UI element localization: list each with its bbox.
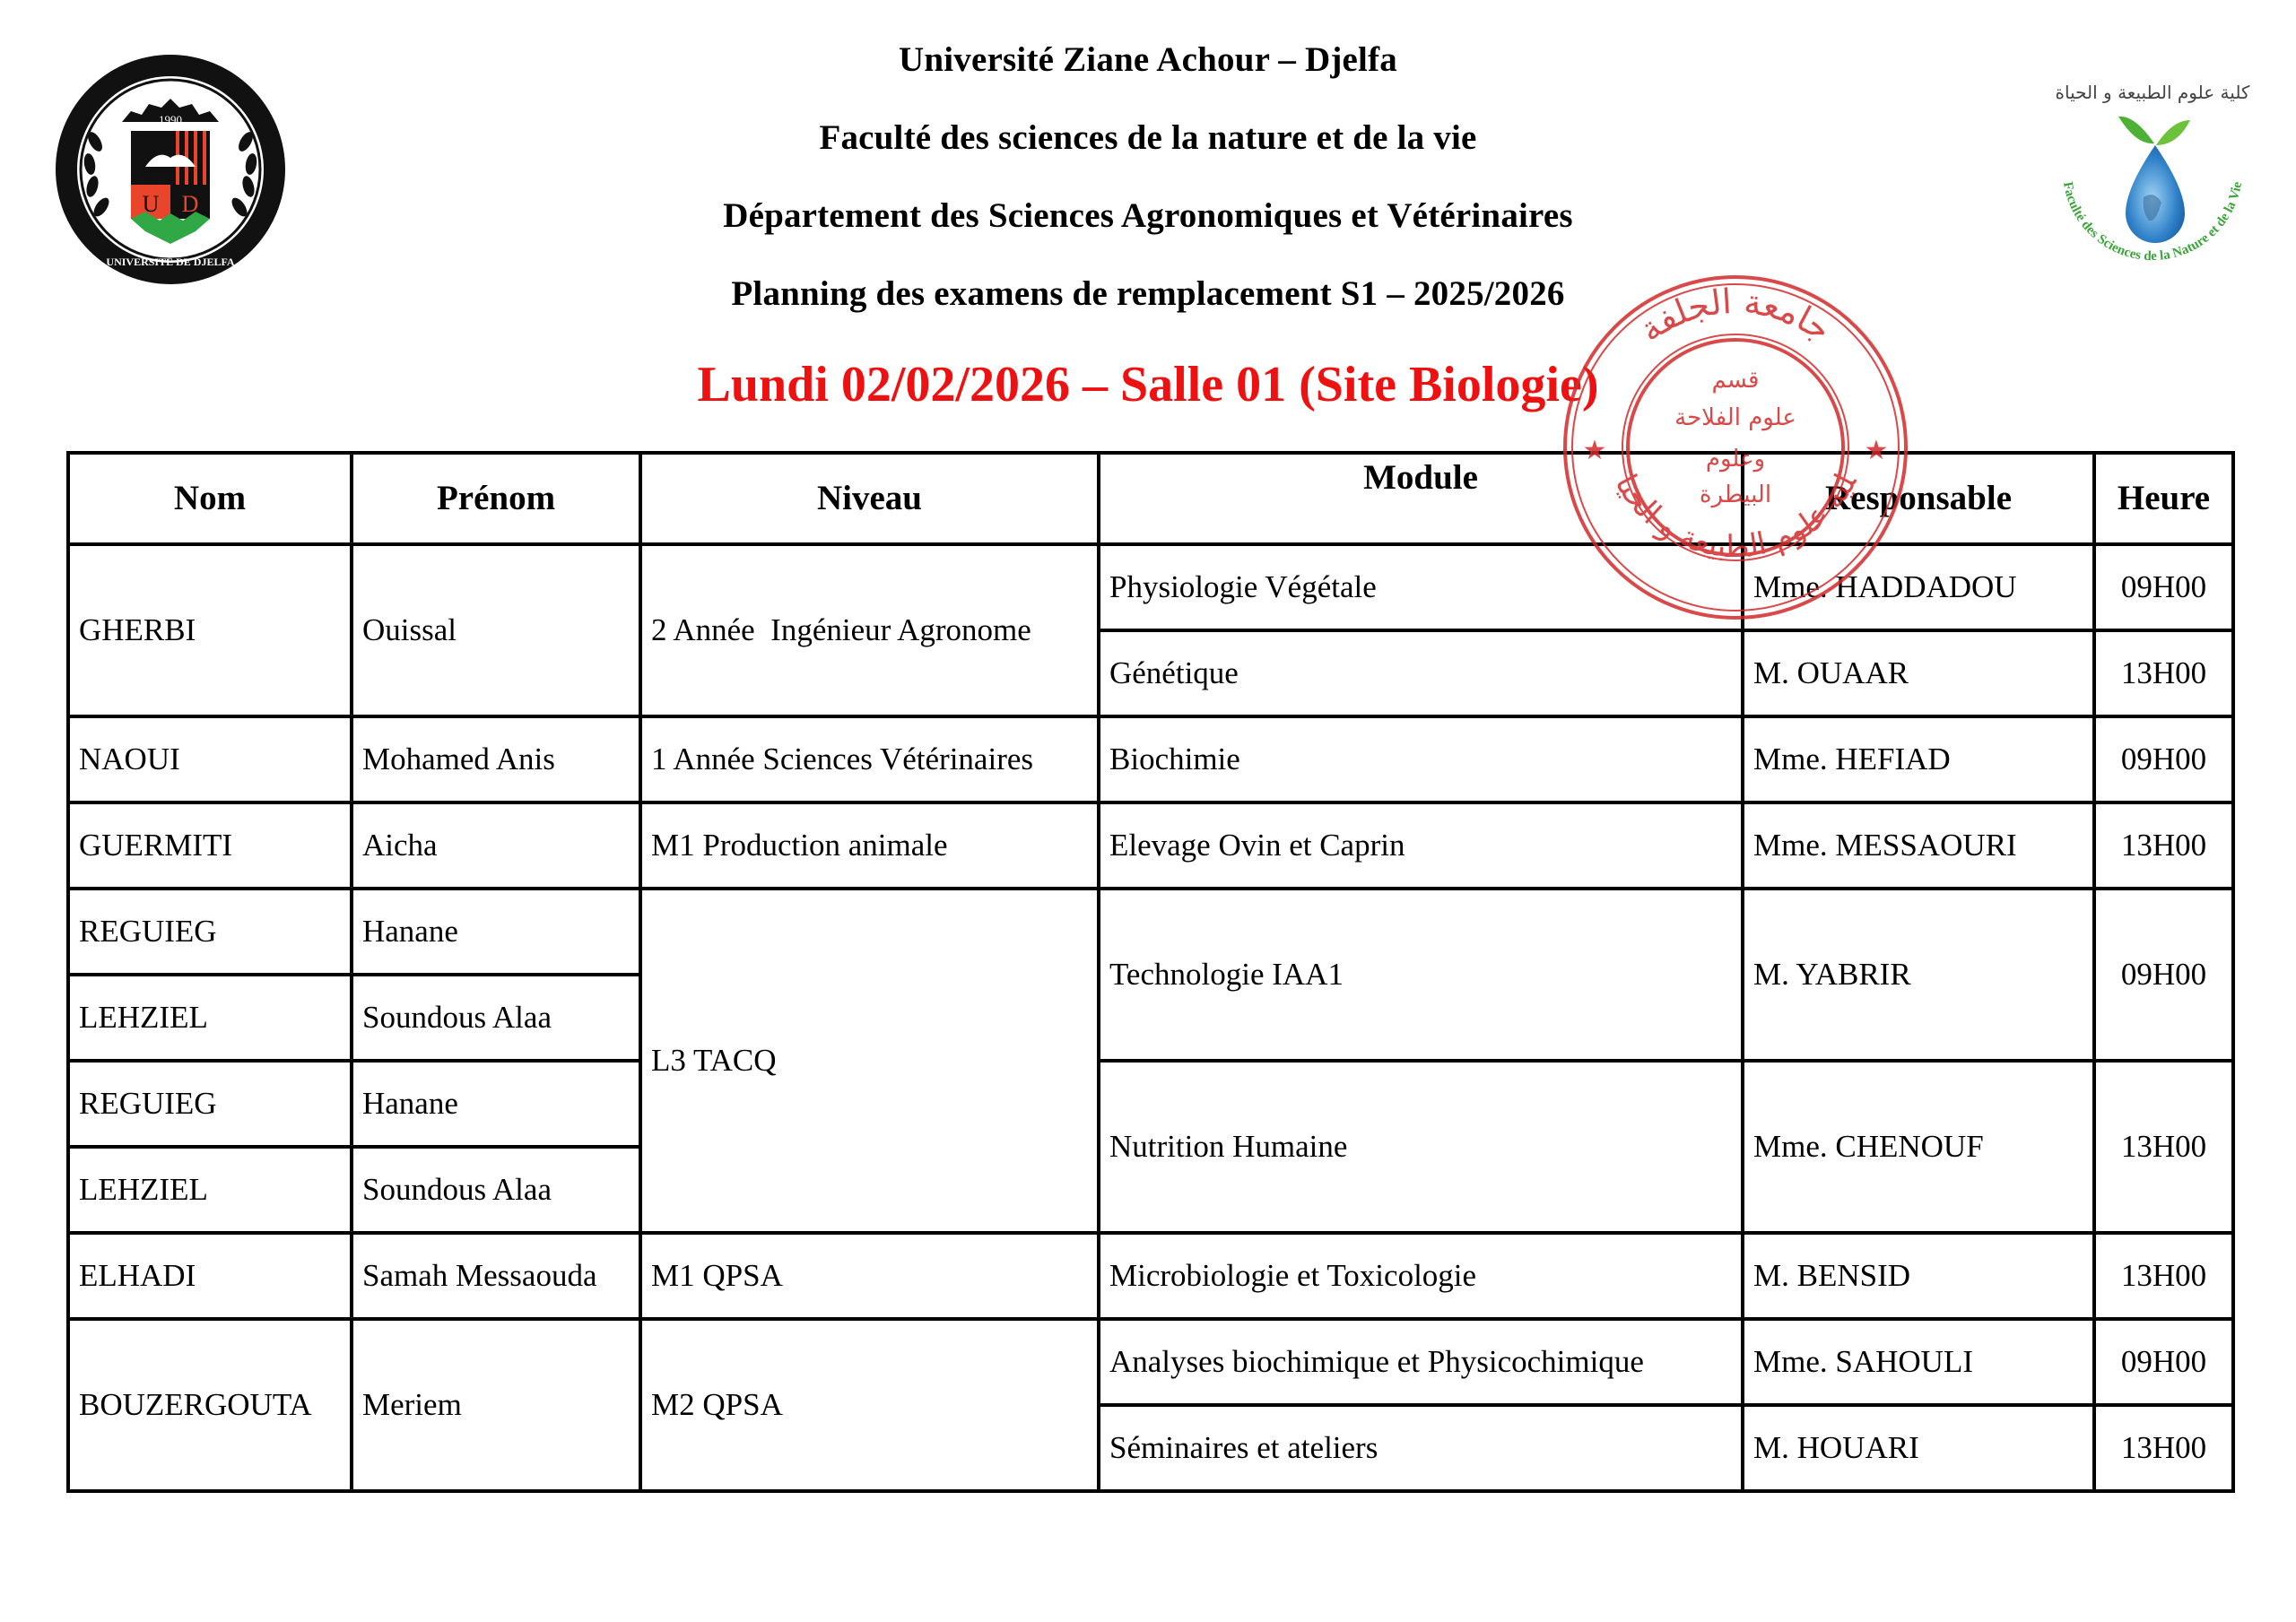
cell-responsable: Mme. CHENOUF (1743, 1061, 2094, 1233)
column-header-heure: Heure (2094, 453, 2233, 544)
table-row: GHERBI Ouissal 2 Année Ingénieur Agronom… (68, 544, 2233, 630)
cell-module: Biochimie (1099, 716, 1743, 802)
cell-nom: NAOUI (68, 716, 352, 802)
table-row: BOUZERGOUTA Meriem M2 QPSA Analyses bioc… (68, 1319, 2233, 1405)
document-title: Planning des examens de remplacement S1 … (0, 273, 2296, 315)
cell-nom: GUERMITI (68, 802, 352, 889)
cell-prenom: Aicha (352, 802, 640, 889)
cell-prenom: Soundous Alaa (352, 1147, 640, 1233)
table-row: GUERMITI Aicha M1 Production animale Ele… (68, 802, 2233, 889)
cell-heure: 09H00 (2094, 1319, 2233, 1405)
cell-responsable: Mme. SAHOULI (1743, 1319, 2094, 1405)
cell-responsable: M. HOUARI (1743, 1405, 2094, 1491)
faculty-water-drop-leaf-icon: كلية علوم الطبيعة و الحياة Faculté des S… (2036, 63, 2269, 287)
cell-nom: LEHZIEL (68, 1147, 352, 1233)
cell-heure: 13H00 (2094, 1233, 2233, 1319)
table-row: NAOUI Mohamed Anis 1 Année Sciences Vété… (68, 716, 2233, 802)
cell-prenom: Soundous Alaa (352, 975, 640, 1061)
cell-responsable: Mme. HEFIAD (1743, 716, 2094, 802)
cell-responsable: M. OUAAR (1743, 630, 2094, 716)
cell-heure: 09H00 (2094, 544, 2233, 630)
cell-responsable: M. YABRIR (1743, 889, 2094, 1061)
table-row: REGUIEG Hanane L3 TACQ Technologie IAA1 … (68, 889, 2233, 975)
cell-heure: 13H00 (2094, 1405, 2233, 1491)
cell-niveau: 1 Année Sciences Vétérinaires (640, 716, 1099, 802)
cell-heure: 09H00 (2094, 889, 2233, 1061)
cell-module: Elevage Ovin et Caprin (1099, 802, 1743, 889)
cell-niveau: M2 QPSA (640, 1319, 1099, 1491)
column-header-module: Module (1099, 453, 1743, 544)
column-header-prenom: Prénom (352, 453, 640, 544)
cell-responsable: Mme. MESSAOURI (1743, 802, 2094, 889)
cell-nom: BOUZERGOUTA (68, 1319, 352, 1491)
faculty-name: Faculté des sciences de la nature et de … (0, 117, 2296, 159)
university-djelfa-seal-icon: 1990 U D UNIVERSITÉ DE DJELFA (52, 52, 289, 287)
cell-heure: 09H00 (2094, 716, 2233, 802)
cell-nom: LEHZIEL (68, 975, 352, 1061)
cell-nom: ELHADI (68, 1233, 352, 1319)
cell-nom: REGUIEG (68, 1061, 352, 1147)
university-name: Université Ziane Achour – Djelfa (0, 39, 2296, 81)
cell-niveau: L3 TACQ (640, 889, 1099, 1233)
cell-prenom: Samah Messaouda (352, 1233, 640, 1319)
cell-niveau: 2 Année Ingénieur Agronome (640, 544, 1099, 716)
cell-responsable: Mme. HADDADOU (1743, 544, 2094, 630)
cell-prenom: Meriem (352, 1319, 640, 1491)
cell-module: Génétique (1099, 630, 1743, 716)
table-row: ELHADI Samah Messaouda M1 QPSA Microbiol… (68, 1233, 2233, 1319)
table-header-row: Nom Prénom Niveau Module Responsable Heu… (68, 453, 2233, 544)
cell-nom: REGUIEG (68, 889, 352, 975)
column-header-niveau: Niveau (640, 453, 1099, 544)
cell-prenom: Hanane (352, 889, 640, 975)
cell-responsable: M. BENSID (1743, 1233, 2094, 1319)
cell-heure: 13H00 (2094, 630, 2233, 716)
cell-module: Analyses biochimique et Physicochimique (1099, 1319, 1743, 1405)
cell-prenom: Mohamed Anis (352, 716, 640, 802)
cell-module: Microbiologie et Toxicologie (1099, 1233, 1743, 1319)
table-row: REGUIEG Hanane Nutrition Humaine Mme. CH… (68, 1061, 2233, 1147)
column-header-nom: Nom (68, 453, 352, 544)
department-name: Département des Sciences Agronomiques et… (0, 195, 2296, 237)
cell-niveau: M1 Production animale (640, 802, 1099, 889)
cell-heure: 13H00 (2094, 802, 2233, 889)
session-date-room: Lundi 02/02/2026 – Salle 01 (Site Biolog… (0, 353, 2296, 416)
cell-module: Technologie IAA1 (1099, 889, 1743, 1061)
column-header-responsable: Responsable (1743, 453, 2094, 544)
cell-prenom: Hanane (352, 1061, 640, 1147)
cell-module: Séminaires et ateliers (1099, 1405, 1743, 1491)
cell-module: Physiologie Végétale (1099, 544, 1743, 630)
svg-text:UNIVERSITÉ DE DJELFA: UNIVERSITÉ DE DJELFA (106, 256, 234, 268)
cell-module: Nutrition Humaine (1099, 1061, 1743, 1233)
exam-schedule-table: Nom Prénom Niveau Module Responsable Heu… (66, 451, 2235, 1493)
svg-text:كلية علوم الطبيعة و الحياة: كلية علوم الطبيعة و الحياة (2056, 82, 2250, 103)
cell-nom: GHERBI (68, 544, 352, 716)
cell-prenom: Ouissal (352, 544, 640, 716)
cell-niveau: M1 QPSA (640, 1233, 1099, 1319)
cell-heure: 13H00 (2094, 1061, 2233, 1233)
